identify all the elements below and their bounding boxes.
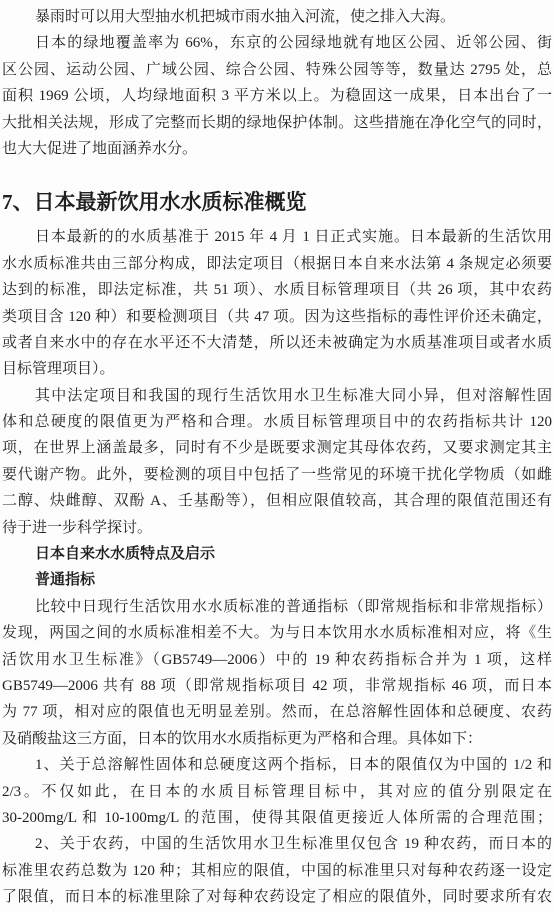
text-line: 大批相关法规，形成了完整而长期的绿地保护体制。这些措施在净化空气的同时， xyxy=(2,110,552,136)
text-line: 日本最新的的水质基准于 2015 年 4 月 1 日正式实施。日本最新的生活饮用 xyxy=(2,224,552,250)
section-heading-text: 7、日本最新饮用水水质标准概览 xyxy=(2,187,552,217)
para-point-2-pesticides: 2、关于农药，中国的生活饮用水卫生标准里仅包含 19 种农药，而日本的标准里农药… xyxy=(2,831,552,910)
text-line: 其中法定项目和我国的现行生活饮用水卫生标准大同小异，但对溶解性固 xyxy=(2,383,552,409)
text-line: 面积 1969 公顷，人均绿地面积 3 平方米以上。为稳固这一成果，日本出台了一 xyxy=(2,83,552,109)
text-line: 水水质标准共由三部分构成，即法定项目（根据日本自来水法第 4 条规定必须要 xyxy=(2,251,552,277)
para-green-coverage: 日本的绿地覆盖率为 66%，东京的公园绿地就有地区公园、近邻公园、街区公园、运动… xyxy=(2,30,552,162)
text-line: 暴雨时可以用大型抽水机把城市雨水抽入河流，使之排入大海。 xyxy=(2,4,552,30)
text-line: 达到的标准，即法定标准，共 51 项）、水质目标管理项目（共 26 项，其中农药 xyxy=(2,277,552,303)
para-standard-composition: 日本最新的的水质基准于 2015 年 4 月 1 日正式实施。日本最新的生活饮用… xyxy=(2,224,552,382)
text-line: 发现，两国之间的水质标准相差不大。为与日本饮用水水质标准相对应，将《生 xyxy=(2,620,552,646)
text-line: 或者自来水中的存在水平还不大清楚，所以还未被确定为水质基准项目或者水质 xyxy=(2,330,552,356)
text-line: 2/3。不仅如此，在日本的水质目标管理目标中，其对应的值分别限定在 xyxy=(2,779,552,805)
text-line: GB5749—2006 共有 88 项（即常规指标项目 42 项，非常规指标 4… xyxy=(2,673,552,699)
text-line: 体和总硬度的限值更为严格和合理。水质目标管理项目中的农药指标共计 120 xyxy=(2,409,552,435)
para-common-indicators-comparison: 比较中日现行生活饮用水水质标准的普通指标（即常规指标和非常规指标）发现，两国之间… xyxy=(2,594,552,752)
text-line: 日本自来水水质特点及启示 xyxy=(2,541,552,567)
text-line: 区公园、运动公园、广域公园、综合公园、特殊公园等等，数量达 2795 处，总 xyxy=(2,57,552,83)
text-line: 2、关于农药，中国的生活饮用水卫生标准里仅包含 19 种农药，而日本的 xyxy=(2,831,552,857)
text-line: 也大大促进了地面涵养水分。 xyxy=(2,136,552,162)
text-line: 了限值，而日本的标准里除了对每种农药设定了相应的限值外，同时要求所有农 xyxy=(2,884,552,910)
para-statutory-items-comparison: 其中法定项目和我国的现行生活饮用水卫生标准大同小异，但对溶解性固体和总硬度的限值… xyxy=(2,383,552,541)
text-line: 要代谢产物。此外，要检测的项目中包括了一些常见的环境干扰化学物质（如雌 xyxy=(2,462,552,488)
text-line: 日本的绿地覆盖率为 66%，东京的公园绿地就有地区公园、近邻公园、街 xyxy=(2,30,552,56)
text-line: 目标管理项目）。 xyxy=(2,356,552,382)
text-line: 1、关于总溶解性固体和总硬度这两个指标，日本的限值仅为中国的 1/2 和 xyxy=(2,752,552,778)
text-line: 普通指标 xyxy=(2,567,552,593)
document-body: 暴雨时可以用大型抽水机把城市雨水抽入河流，使之排入大海。日本的绿地覆盖率为 66… xyxy=(0,0,554,912)
heading-section-7: 7、日本最新饮用水水质标准概览 xyxy=(2,187,552,217)
subheading-common-indicators: 普通指标 xyxy=(2,567,552,593)
text-line: 标准里农药总数为 120 种；其相应的限值，中国的标准里只对每种农药逐一设定 xyxy=(2,858,552,884)
text-line: 30-200mg/L 和 10-100mg/L 的范围，使得其限值更接近人体所需… xyxy=(2,805,552,831)
para-storm-drainage: 暴雨时可以用大型抽水机把城市雨水抽入河流，使之排入大海。 xyxy=(2,4,552,30)
text-line: 类项目含 120 种）和要检测项目（共 47 项。因为这些指标的毒性评价还未确定… xyxy=(2,304,552,330)
document-page: { "page": { "background": "#fdfdfd", "te… xyxy=(0,0,554,912)
text-line: 比较中日现行生活饮用水水质标准的普通指标（即常规指标和非常规指标） xyxy=(2,594,552,620)
text-line: 及硝酸盐这三方面，日本的饮用水水质指标更为严格和合理。具体如下： xyxy=(2,726,552,752)
text-line: 活饮用水卫生标准》（GB5749—2006）中的 19 种农药指标合并为 1 项… xyxy=(2,647,552,673)
text-line: 项，在世界上涵盖最多，同时有不少是既要求测定其母体农药，又要求测定其主 xyxy=(2,435,552,461)
para-point-1-tds-hardness: 1、关于总溶解性固体和总硬度这两个指标，日本的限值仅为中国的 1/2 和2/3。… xyxy=(2,752,552,831)
subheading-water-quality-features: 日本自来水水质特点及启示 xyxy=(2,541,552,567)
text-line: 待于进一步科学探讨。 xyxy=(2,515,552,541)
text-line: 二醇、炔雌醇、双酚 A、壬基酚等），但相应限值较高，其合理的限值范围还有 xyxy=(2,488,552,514)
text-line: 为 77 项，相对应的限值也无明显差别。然而，在总溶解性固体和总硬度、农药 xyxy=(2,699,552,725)
